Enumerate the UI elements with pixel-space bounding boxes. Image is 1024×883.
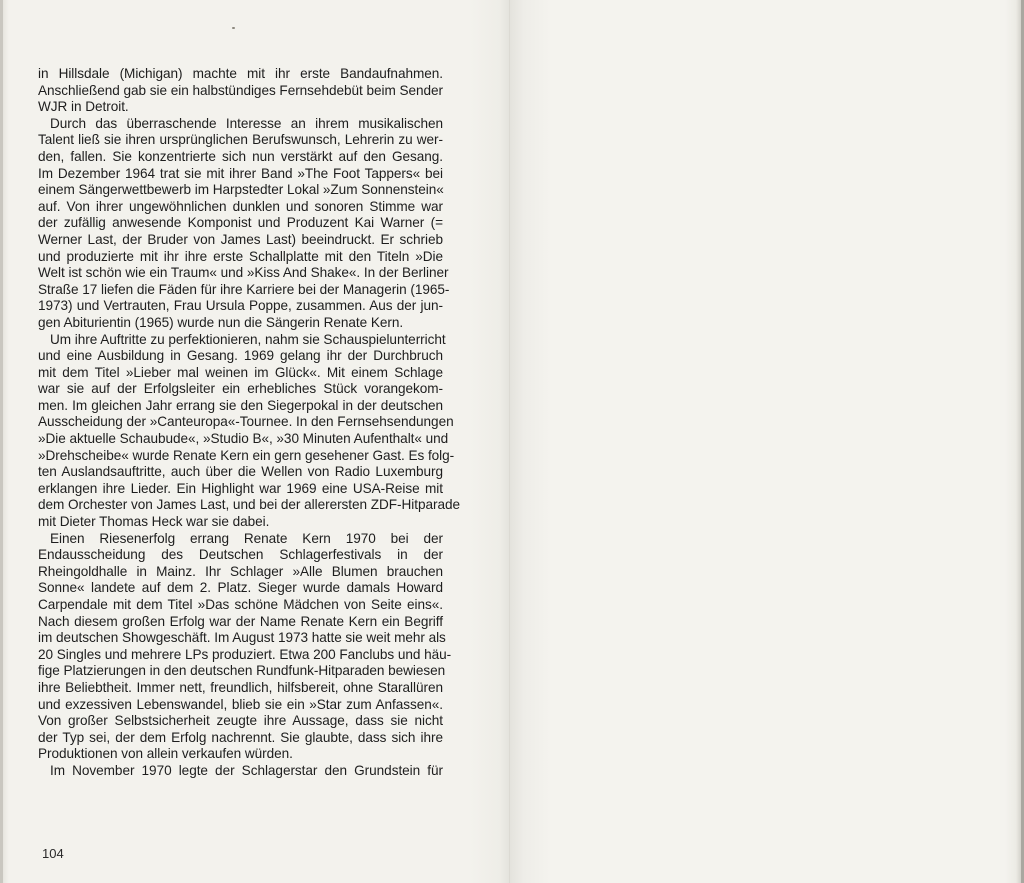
book-spread: in Hillsdale (Michigan) machte mit ihr e… bbox=[0, 0, 1024, 883]
text-line: und eine Ausbildung in Gesang. 1969 gela… bbox=[38, 348, 443, 365]
text-line: Anschließend gab sie ein halbstündiges F… bbox=[38, 83, 443, 100]
text-line: Welt ist schön wie ein Traum« und »Kiss … bbox=[38, 265, 443, 282]
text-line: Im November 1970 legte der Schlagerstar … bbox=[38, 763, 443, 780]
text-line: Talent ließ sie ihren ursprünglichen Ber… bbox=[38, 132, 443, 149]
text-line: Rheingoldhalle in Mainz. Ihr Schlager »A… bbox=[38, 564, 443, 581]
text-line: Sonne« landete auf dem 2. Platz. Sieger … bbox=[38, 580, 443, 597]
text-line: »Drehscheibe« wurde Renate Kern ein gern… bbox=[38, 448, 443, 465]
text-line: auf. Von ihrer ungewöhnlichen dunklen un… bbox=[38, 199, 443, 216]
paper-speck bbox=[232, 27, 235, 29]
text-line: men. Im gleichen Jahr errang sie den Sie… bbox=[38, 398, 443, 415]
left-page: in Hillsdale (Michigan) machte mit ihr e… bbox=[0, 0, 510, 883]
text-line: Nach diesem großen Erfolg war der Name R… bbox=[38, 614, 443, 631]
text-line: Durch das überraschende Interesse an ihr… bbox=[38, 116, 443, 133]
text-line: dem Orchester von James Last, und bei de… bbox=[38, 497, 443, 514]
text-line: Ausscheidung der »Canteuropa«-Tournee. I… bbox=[38, 414, 443, 431]
text-line: Einen Riesenerfolg errang Renate Kern 19… bbox=[38, 531, 443, 548]
text-line: im deutschen Showgeschäft. Im August 197… bbox=[38, 630, 443, 647]
text-line: fige Platzierungen in den deutschen Rund… bbox=[38, 663, 443, 680]
text-line: der zufällig anwesende Komponist und Pro… bbox=[38, 215, 443, 232]
text-line: WJR in Detroit. bbox=[38, 99, 443, 116]
text-line: Carpendale mit dem Titel »Das schöne Mäd… bbox=[38, 597, 443, 614]
text-line: und exzessiven Lebenswandel, blieb sie e… bbox=[38, 697, 443, 714]
text-line: ihre Beliebtheit. Immer nett, freundlich… bbox=[38, 680, 443, 697]
page-number-left: 104 bbox=[42, 846, 64, 861]
text-line: mit Dieter Thomas Heck war sie dabei. bbox=[38, 514, 443, 531]
text-line: erklangen ihre Lieder. Ein Highlight war… bbox=[38, 481, 443, 498]
text-line: und produzierte mit ihr ihre erste Schal… bbox=[38, 249, 443, 266]
page-edge-left bbox=[0, 0, 3, 883]
text-line: war sie auf der Erfolgsleiter ein erhebl… bbox=[38, 381, 443, 398]
text-line: 20 Singles und mehrere LPs produziert. E… bbox=[38, 647, 443, 664]
text-line: einem Sängerwettbewerb im Harpstedter Lo… bbox=[38, 182, 443, 199]
text-line: Produktionen von allein verkaufen würden… bbox=[38, 746, 443, 763]
text-line: Werner Last, der Bruder von James Last) … bbox=[38, 232, 443, 249]
text-line: 1973) und Vertrauten, Frau Ursula Poppe,… bbox=[38, 298, 443, 315]
text-line: Im Dezember 1964 trat sie mit ihrer Band… bbox=[38, 166, 443, 183]
text-line: Um ihre Auftritte zu perfektionieren, na… bbox=[38, 332, 443, 349]
left-page-body-text: in Hillsdale (Michigan) machte mit ihr e… bbox=[38, 66, 443, 780]
text-line: gen Abiturientin (1965) wurde nun die Sä… bbox=[38, 315, 443, 332]
text-line: Straße 17 liefen die Fäden für ihre Karr… bbox=[38, 282, 443, 299]
right-page: sein neues Haus in Hoyerswege, Auf dem B… bbox=[510, 0, 1024, 883]
text-line: Von großer Selbstsicherheit zeugte ihre … bbox=[38, 713, 443, 730]
text-line: mit dem Titel »Lieber mal weinen im Glüc… bbox=[38, 365, 443, 382]
text-line: Endausscheidung des Deutschen Schlagerfe… bbox=[38, 547, 443, 564]
text-line: »Die aktuelle Schaubude«, »Studio B«, »3… bbox=[38, 431, 443, 448]
text-line: in Hillsdale (Michigan) machte mit ihr e… bbox=[38, 66, 443, 83]
text-line: den, fallen. Sie konzentrierte sich nun … bbox=[38, 149, 443, 166]
text-line: ten Auslandsauftritte, auch über die Wel… bbox=[38, 464, 443, 481]
text-line: der Typ sei, der dem Erfolg nachrennt. S… bbox=[38, 730, 443, 747]
